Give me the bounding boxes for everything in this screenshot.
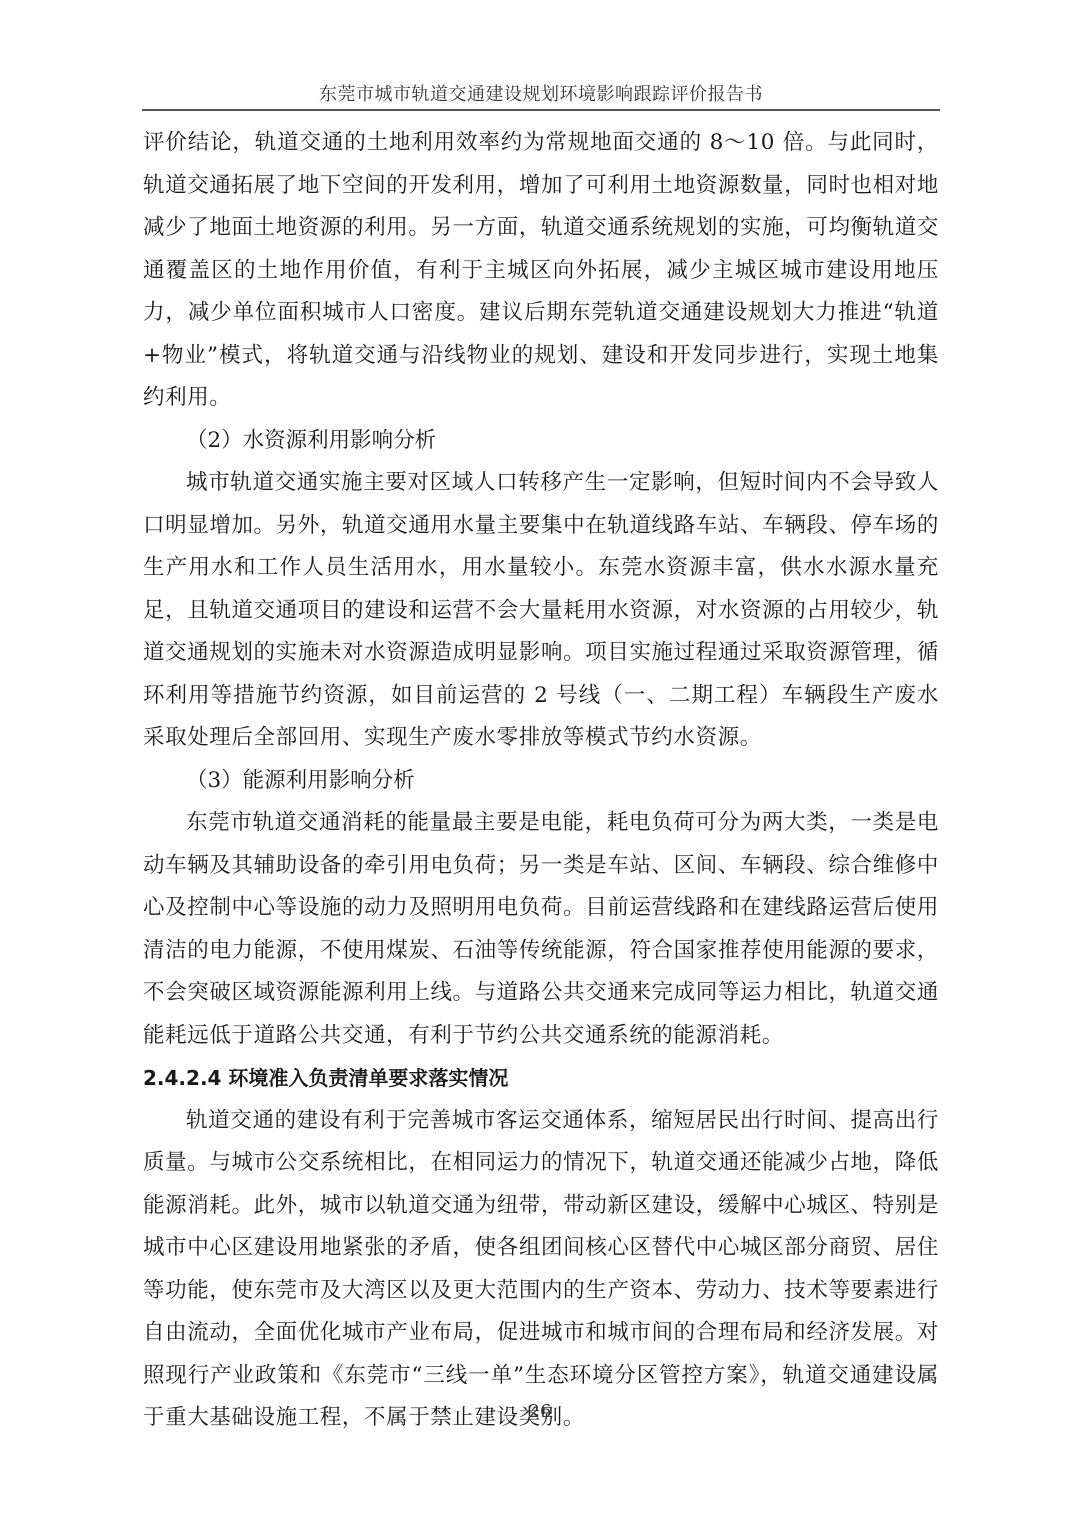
document-page: 东莞市城市轨道交通建设规划环境影响跟踪评价报告书 评价结论，轨道交通的土地利用效… bbox=[0, 0, 1080, 1526]
paragraph-land-use-continued: 评价结论，轨道交通的土地利用效率约为常规地面交通的 8～10 倍。与此同时，轨道… bbox=[143, 122, 939, 420]
subheading-energy: （3）能源利用影响分析 bbox=[143, 760, 939, 803]
paragraph-energy: 东莞市轨道交通消耗的能量最主要是电能，耗电负荷可分为两大类，一类是电动车辆及其辅… bbox=[143, 802, 939, 1057]
subheading-water-resources: （2）水资源利用影响分析 bbox=[143, 420, 939, 463]
header-divider bbox=[142, 109, 940, 111]
document-body: 评价结论，轨道交通的土地利用效率约为常规地面交通的 8～10 倍。与此同时，轨道… bbox=[143, 122, 939, 1440]
page-number: 26 bbox=[0, 1401, 1080, 1422]
section-heading-2-4-2-4: 2.4.2.4 环境准入负责清单要求落实情况 bbox=[143, 1057, 939, 1100]
running-header: 东莞市城市轨道交通建设规划环境影响跟踪评价报告书 bbox=[142, 80, 940, 106]
paragraph-water-resources: 城市轨道交通实施主要对区域人口转移产生一定影响，但短时间内不会导致人口明显增加。… bbox=[143, 462, 939, 760]
paragraph-environmental-access: 轨道交通的建设有利于完善城市客运交通体系，缩短居民出行时间、提高出行质量。与城市… bbox=[143, 1100, 939, 1440]
